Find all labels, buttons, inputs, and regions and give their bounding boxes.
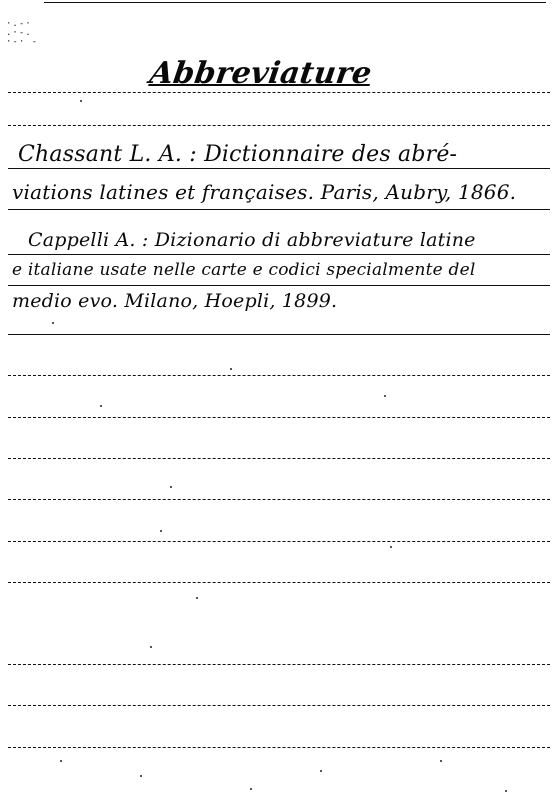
ruled-line [8, 664, 550, 665]
ruled-line [8, 92, 550, 93]
ink-speck [140, 775, 142, 777]
entry-chassant-line-1: Chassant L. A. : Dictionnaire des abré- [18, 142, 457, 167]
ink-speck [440, 760, 442, 762]
ink-speck [230, 368, 232, 370]
ink-speck [196, 597, 198, 599]
ink-speck [52, 322, 54, 324]
ruled-line [8, 285, 550, 286]
ink-specks: ·.-·.·-.·-· - [6, 20, 38, 47]
ruled-line [8, 747, 550, 748]
entry-cappelli-line-3: medio evo. Milano, Hoepli, 1899. [12, 290, 337, 312]
ink-speck [60, 760, 62, 762]
ruled-line-top [44, 2, 546, 3]
ruled-line [8, 582, 550, 583]
ruled-line [8, 125, 550, 126]
ink-speck [170, 486, 172, 488]
ink-speck [100, 405, 102, 407]
entry-chassant-line-2: viations latines et françaises. Paris, A… [12, 180, 516, 204]
ruled-line [8, 417, 550, 418]
ruled-line [8, 254, 550, 255]
entry-cappelli-line-2: e italiane usate nelle carte e codici sp… [12, 260, 476, 280]
ruled-line [8, 541, 550, 542]
index-card: ·.-·.·-.·-· - Abbreviature Chassant L. A… [0, 0, 556, 800]
entry-cappelli-line-1: Cappelli A. : Dizionario di abbreviature… [28, 229, 476, 251]
ink-speck [384, 395, 386, 397]
ruled-line [8, 499, 550, 500]
ruled-line [8, 334, 550, 335]
ruled-line [8, 168, 550, 169]
ruled-line [8, 209, 550, 210]
ink-speck [320, 770, 322, 772]
ink-speck [390, 546, 392, 548]
ink-speck [150, 646, 152, 648]
ink-speck [505, 790, 507, 792]
ruled-line [8, 458, 550, 459]
ruled-line [8, 705, 550, 706]
ink-speck [80, 100, 82, 102]
ruled-line [8, 375, 550, 376]
card-title: Abbreviature [148, 56, 374, 91]
ink-speck [160, 530, 162, 532]
ink-speck [250, 788, 252, 790]
